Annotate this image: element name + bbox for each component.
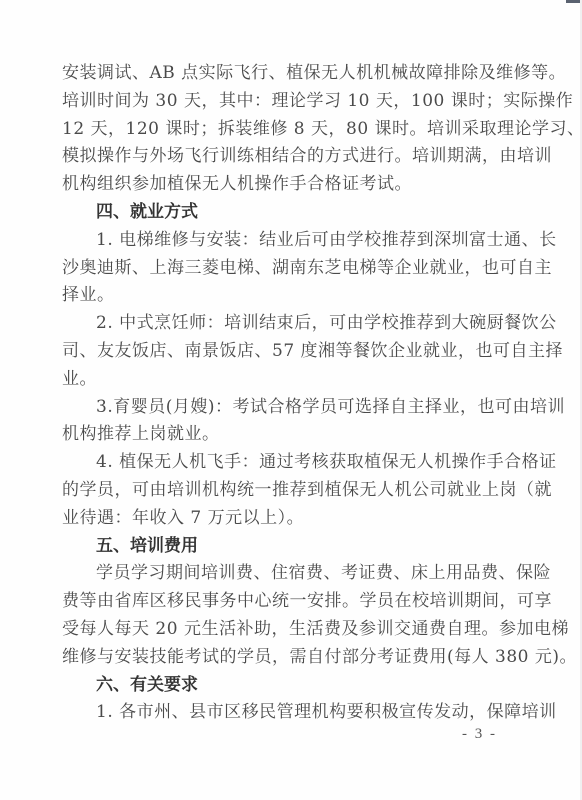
text-line: 机构组织参加植保无人机操作手合格证考试。 xyxy=(62,171,498,199)
document-body: 安装调试、AB 点实际飞行、植保无人机机械故障排除及维修等。 培训时间为 30 … xyxy=(62,60,498,727)
scan-corner-mark xyxy=(566,0,580,3)
text-line: 4. 植保无人机飞手：通过考核获取植保无人机操作手合格证 xyxy=(62,449,498,477)
text-line: 1. 各市州、县市区移民管理机构要积极宣传发动，保障培训 xyxy=(62,699,498,727)
text-line: 模拟操作与外场飞行训练相结合的方式进行。培训期满，由培训 xyxy=(62,143,498,171)
text-line: 业待遇：年收入 7 万元以上）。 xyxy=(62,505,498,533)
text-line: 培训时间为 30 天，其中：理论学习 10 天，100 课时；实际操作 xyxy=(62,88,498,116)
text-line: 1. 电梯维修与安装：结业后可由学校推荐到深圳富士通、长 xyxy=(62,227,498,255)
text-line: 司、友友饭店、南景饭店、57 度湘等餐饮企业就业，也可自主择 xyxy=(62,338,498,366)
text-line: 学员学习期间培训费、住宿费、考证费、床上用品费、保险 xyxy=(62,560,498,588)
paragraph-chef: 2. 中式烹饪师：培训结束后，可由学校推荐到大碗厨餐饮公 司、友友饭店、南景饭店… xyxy=(62,310,498,393)
text-line: 的学员，可由培训机构统一推荐到植保无人机公司就业上岗（就 xyxy=(62,477,498,505)
paragraph-drone-pilot: 4. 植保无人机飞手：通过考核获取植保无人机操作手合格证 的学员，可由培训机构统… xyxy=(62,449,498,532)
text-line: 择业。 xyxy=(62,282,498,310)
text-line: 受每人每天 20 元生活补助，生活费及参训交通费自理。参加电梯 xyxy=(62,616,498,644)
paragraph-requirement-1: 1. 各市州、县市区移民管理机构要积极宣传发动，保障培训 xyxy=(62,699,498,727)
text-line: 维修与安装技能考试的学员，需自付部分考证费用(每人 380 元)。 xyxy=(62,644,498,672)
text-line: 费等由省库区移民事务中心统一安排。学员在校培训期间，可享 xyxy=(62,588,498,616)
text-line: 安装调试、AB 点实际飞行、植保无人机机械故障排除及维修等。 xyxy=(62,60,498,88)
text-line: 3.育婴员(月嫂)：考试合格学员可选择自主择业，也可由培训 xyxy=(62,394,498,422)
document-page: 安装调试、AB 点实际飞行、植保无人机机械故障排除及维修等。 培训时间为 30 … xyxy=(0,0,582,800)
page-number: - 3 - xyxy=(462,726,497,743)
section-heading-requirements: 六、有关要求 xyxy=(62,672,498,700)
paragraph-fees: 学员学习期间培训费、住宿费、考证费、床上用品费、保险 费等由省库区移民事务中心统… xyxy=(62,560,498,671)
paragraph-training-schedule: 安装调试、AB 点实际飞行、植保无人机机械故障排除及维修等。 培训时间为 30 … xyxy=(62,60,498,199)
text-line: 业。 xyxy=(62,366,498,394)
text-line: 2. 中式烹饪师：培训结束后，可由学校推荐到大碗厨餐饮公 xyxy=(62,310,498,338)
section-heading-fees: 五、培训费用 xyxy=(62,533,498,561)
text-line: 机构推荐上岗就业。 xyxy=(62,421,498,449)
paragraph-nanny: 3.育婴员(月嫂)：考试合格学员可选择自主择业，也可由培训 机构推荐上岗就业。 xyxy=(62,394,498,450)
paragraph-elevator: 1. 电梯维修与安装：结业后可由学校推荐到深圳富士通、长 沙奥迪斯、上海三菱电梯… xyxy=(62,227,498,310)
section-heading-employment: 四、就业方式 xyxy=(62,199,498,227)
text-line: 12 天，120 课时；拆装维修 8 天，80 课时。培训采取理论学习、 xyxy=(62,116,498,144)
text-line: 沙奥迪斯、上海三菱电梯、湖南东芝电梯等企业就业，也可自主 xyxy=(62,255,498,283)
